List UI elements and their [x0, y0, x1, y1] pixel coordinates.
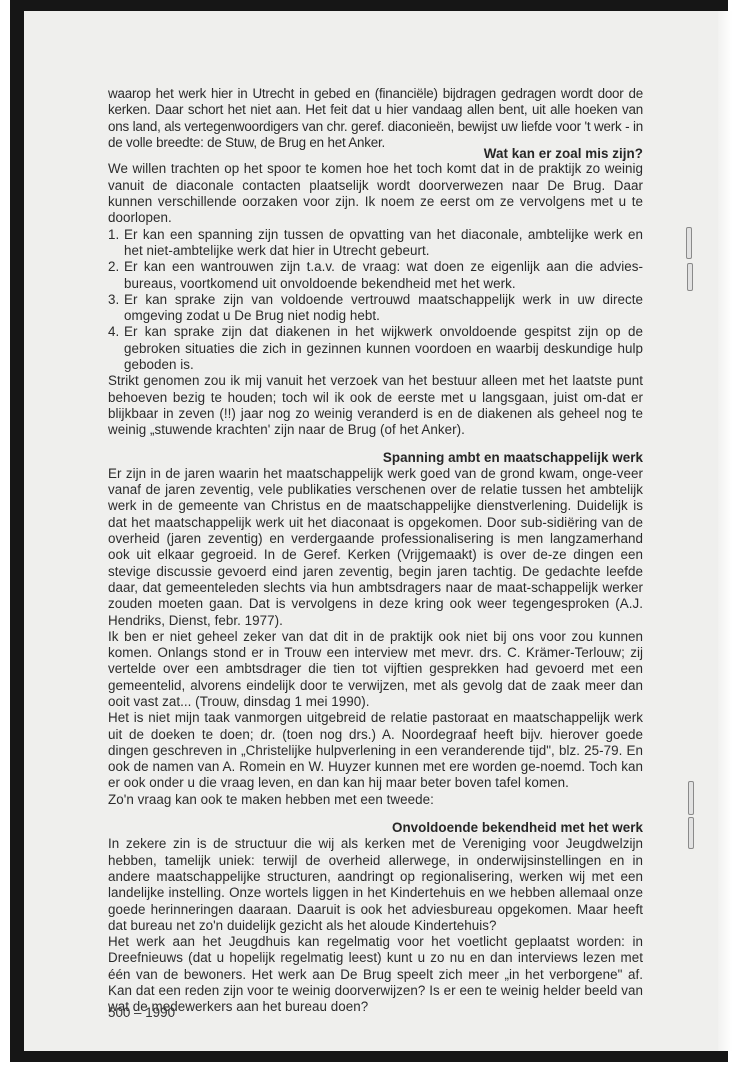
paragraph-visibility: Het werk aan het Jeugdhuis kan regelmati…: [108, 934, 643, 1015]
staple-mark-bottom-lower: [688, 817, 694, 849]
list-number: 3.: [108, 292, 119, 308]
list-text: Er kan een spanning zijn tussen de opvat…: [124, 227, 643, 258]
paragraph-history: Er zijn in de jaren waarin het maatschap…: [108, 466, 643, 629]
paragraph-structure: In zekere zin is de structuur die wij al…: [108, 836, 643, 934]
list-number: 2.: [108, 259, 119, 275]
list-item: 3. Er kan sprake zijn van voldoende vert…: [108, 292, 643, 325]
document-page: waarop het werk hier in Utrecht in gebed…: [24, 11, 722, 1051]
list-text: Er kan een wantrouwen zijn t.a.v. de vra…: [124, 259, 643, 290]
paragraph-pastoral: Het is niet mijn taak vanmorgen uitgebre…: [108, 710, 643, 791]
staple-mark-top: [686, 227, 692, 259]
list-text: Er kan sprake zijn dat diakenen in het w…: [124, 324, 643, 372]
paragraph-scope: Strikt genomen zou ik mij vanuit het ver…: [108, 373, 643, 438]
intro-paragraph: waarop het werk hier in Utrecht in gebed…: [108, 86, 643, 151]
list-number: 1.: [108, 227, 119, 243]
article-body: waarop het werk hier in Utrecht in gebed…: [108, 86, 643, 1016]
causes-list: 1. Er kan een spanning zijn tussen de op…: [108, 227, 643, 374]
list-item: 4. Er kan sprake zijn dat diakenen in he…: [108, 324, 643, 373]
paragraph-causes: We willen trachten op het spoor te komen…: [108, 161, 643, 226]
list-number: 4.: [108, 324, 119, 340]
paragraph-transition: Zo'n vraag kan ook te maken hebben met e…: [108, 792, 643, 808]
page-number: 500 – 1990: [108, 1005, 175, 1020]
list-item: 2. Er kan een wantrouwen zijn t.a.v. de …: [108, 259, 643, 292]
paragraph-interview: Ik ben er niet geheel zeker van dat dit …: [108, 629, 643, 710]
list-text: Er kan sprake zijn van voldoende vertrou…: [124, 292, 643, 323]
section-heading-tension: Spanning ambt en maatschappelijk werk: [108, 450, 643, 466]
staple-mark-top-lower: [687, 263, 693, 291]
staple-mark-bottom: [688, 781, 694, 815]
list-item: 1. Er kan een spanning zijn tussen de op…: [108, 227, 643, 260]
section-heading-unfamiliarity: Onvoldoende bekendheid met het werk: [108, 820, 643, 836]
